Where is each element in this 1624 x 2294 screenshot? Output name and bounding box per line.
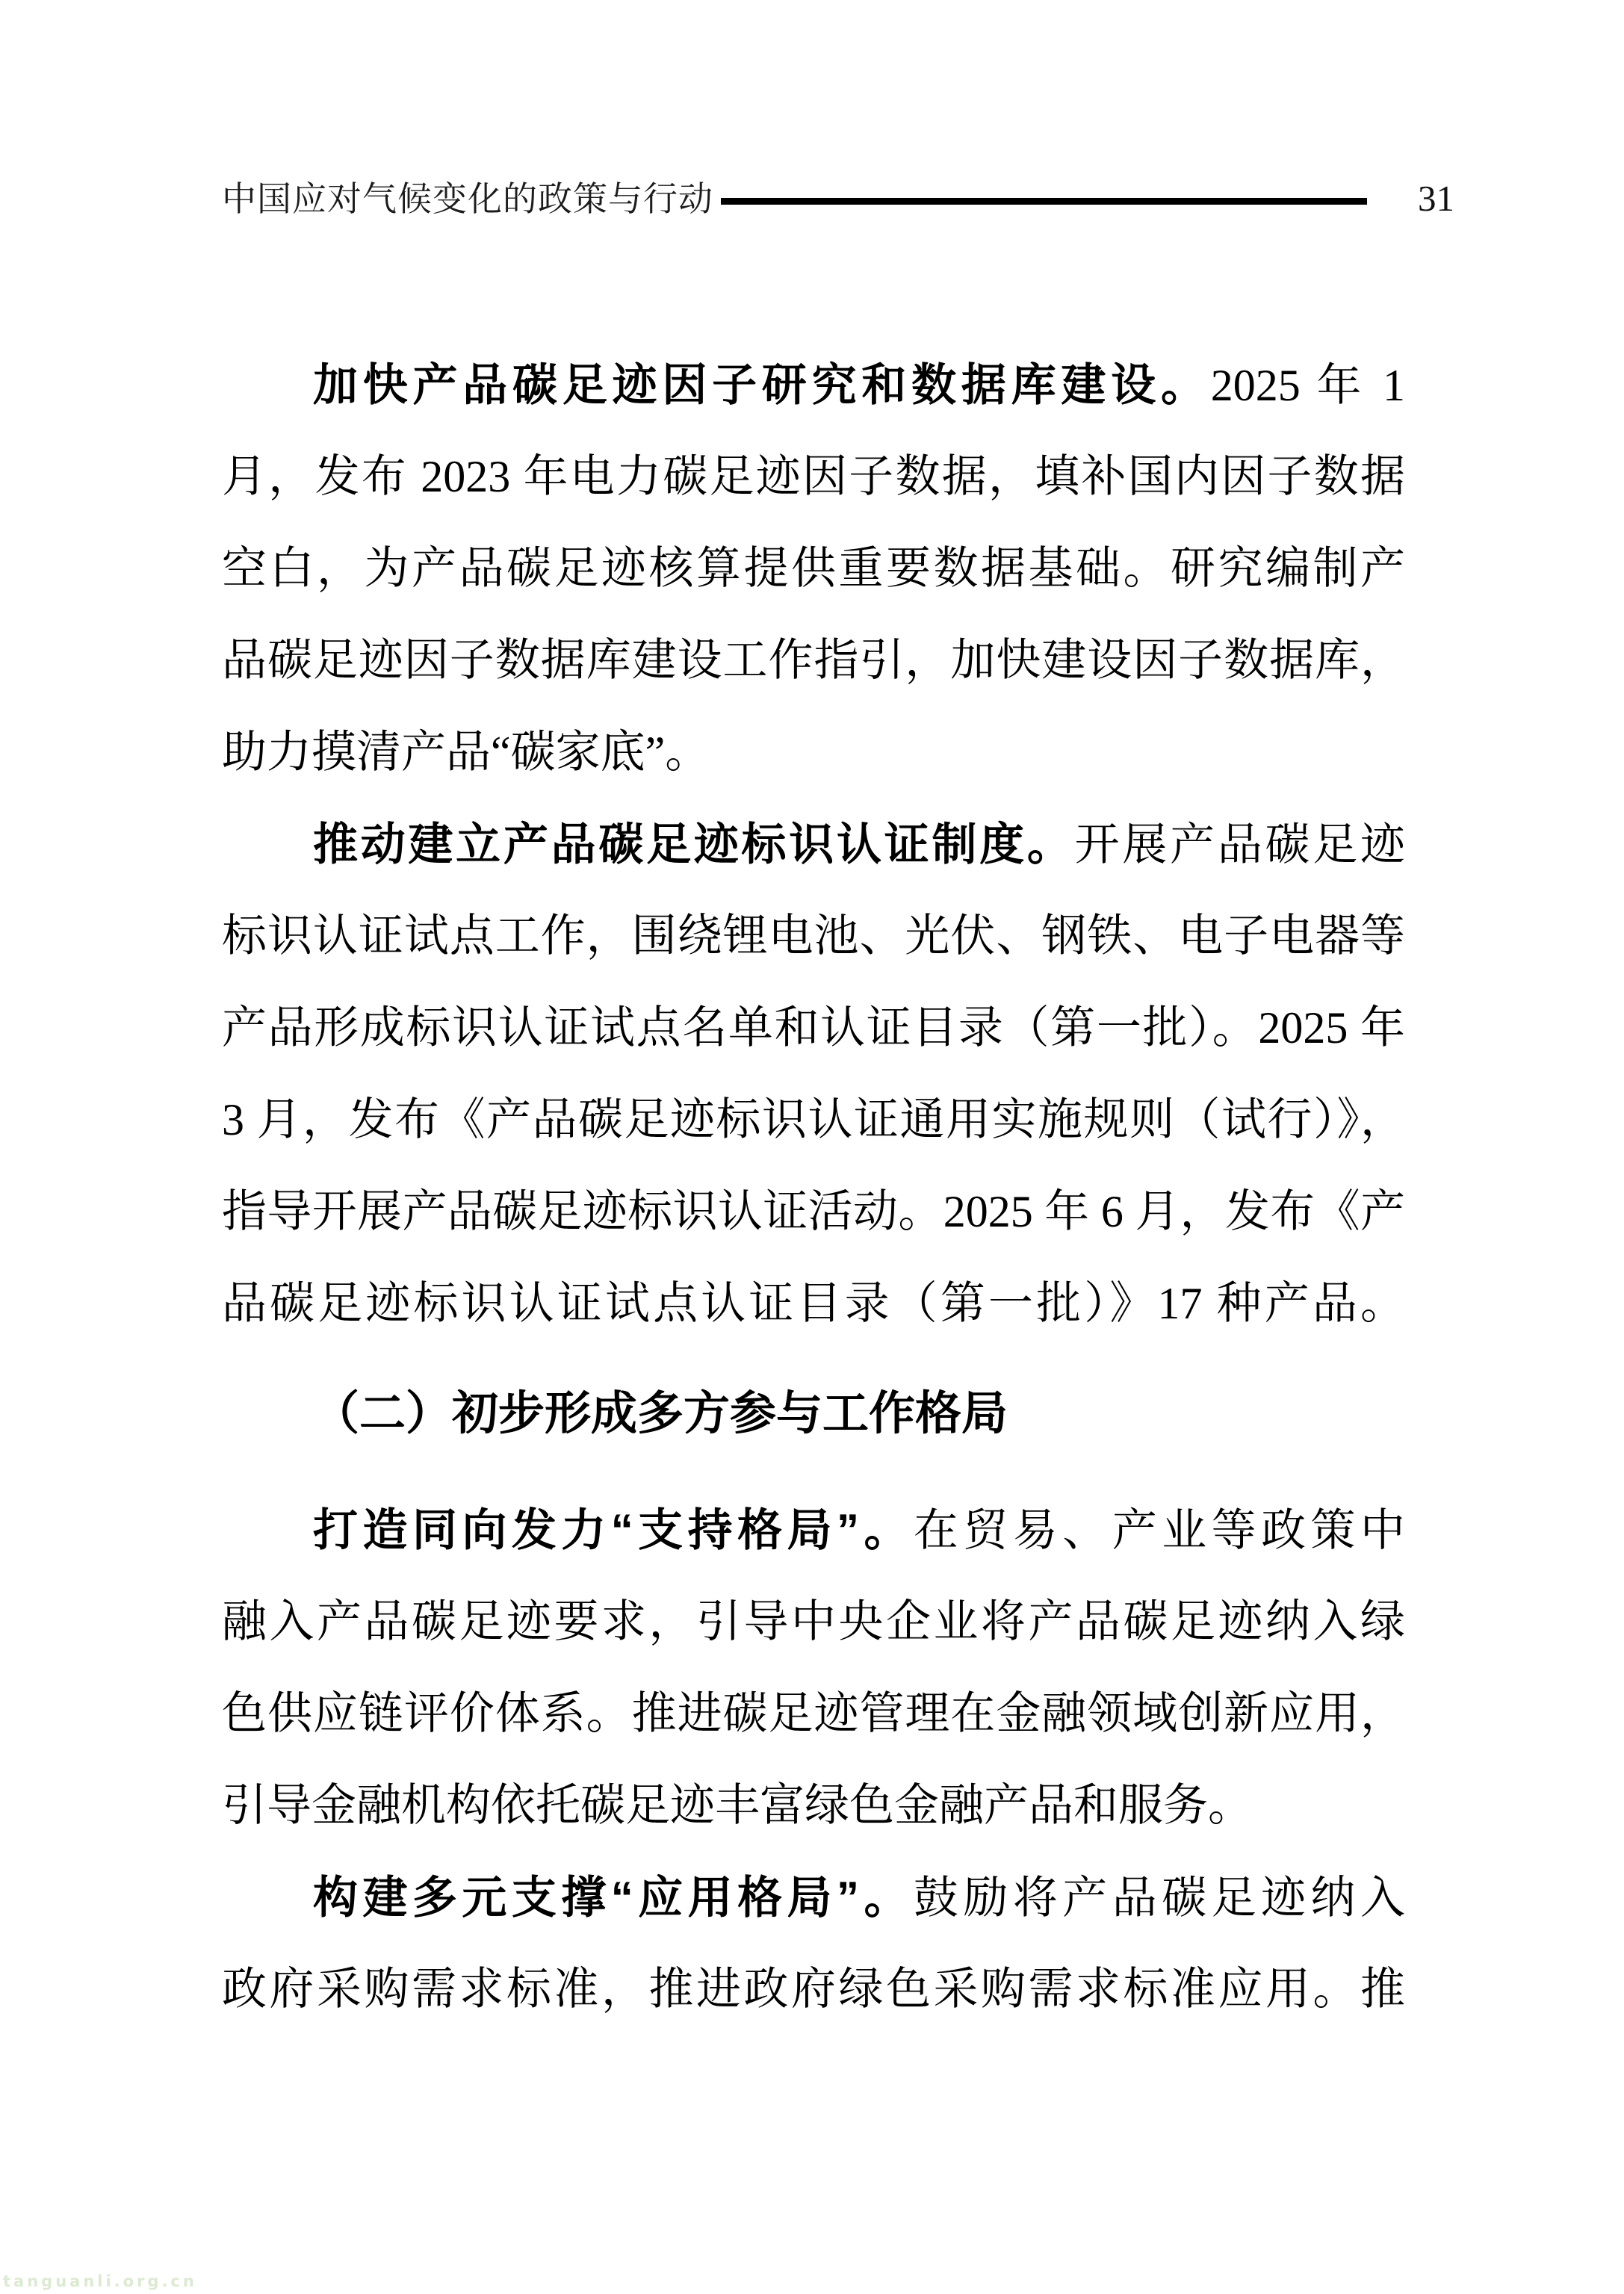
text-line: 空白，为产品碳足迹核算提供重要数据基础。研究编制产 xyxy=(222,523,1405,615)
text-line: 推动建立产品碳足迹标识认证制度。开展产品碳足迹 xyxy=(222,799,1405,890)
text-segment: 引导金融机构依托碳足迹丰富绿色金融产品和服务。 xyxy=(222,1781,1253,1830)
text-segment: 产品形成标识认证试点名单和认证目录（第一批）。2025 年 xyxy=(222,1003,1405,1053)
text-line: 政府采购需求标准，推进政府绿色采购需求标准应用。推 xyxy=(222,1944,1405,2036)
text-line: 打造同向发力“支持格局”。在贸易、产业等政策中 xyxy=(222,1484,1405,1576)
running-head-title: 中国应对气候变化的政策与行动 xyxy=(222,179,713,218)
text-line: 品碳足迹因子数据库建设工作指引，加快建设因子数据库， xyxy=(222,615,1405,707)
text-segment: 色供应链评价体系。推进碳足迹管理在金融领域创新应用， xyxy=(222,1689,1405,1738)
text-line: 加快产品碳足迹因子研究和数据库建设。2025 年 1 xyxy=(222,339,1405,431)
bold-lead-segment: 构建多元支撑“应用格局”。 xyxy=(313,1873,914,1923)
text-line: 3 月，发布《产品碳足迹标识认证通用实施规则（试行）》， xyxy=(222,1074,1405,1166)
text-line: 助力摸清产品“碳家底”。 xyxy=(222,707,1405,799)
text-line: 融入产品碳足迹要求，引导中央企业将产品碳足迹纳入绿 xyxy=(222,1576,1405,1668)
text-segment: 品碳足迹标识认证试点认证目录（第一批）》17 种产品。 xyxy=(222,1279,1405,1328)
text-segment: 3 月，发布《产品碳足迹标识认证通用实施规则（试行）》， xyxy=(222,1095,1405,1144)
text-segment: 空白，为产品碳足迹核算提供重要数据基础。研究编制产 xyxy=(222,544,1405,593)
bold-lead-segment: 推动建立产品碳足迹标识认证制度。 xyxy=(313,819,1075,869)
page-number: 31 xyxy=(1418,178,1454,220)
text-line: 指导开展产品碳足迹标识认证活动。2025 年 6 月，发布《产 xyxy=(222,1166,1405,1258)
section-heading: （二）初步形成多方参与工作格局 xyxy=(222,1368,1405,1460)
header-rule-line xyxy=(721,198,1367,205)
text-segment: 在贸易、产业等政策中 xyxy=(914,1506,1405,1555)
text-line: 产品形成标识认证试点名单和认证目录（第一批）。2025 年 xyxy=(222,982,1405,1074)
page-header: 中国应对气候变化的政策与行动 31 xyxy=(0,0,1624,239)
text-line: 色供应链评价体系。推进碳足迹管理在金融领域创新应用， xyxy=(222,1668,1405,1760)
text-line: 引导金融机构依托碳足迹丰富绿色金融产品和服务。 xyxy=(222,1760,1405,1852)
text-segment: 鼓励将产品碳足迹纳入 xyxy=(914,1873,1405,1923)
text-line: 构建多元支撑“应用格局”。鼓励将产品碳足迹纳入 xyxy=(222,1852,1405,1944)
document-body: 加快产品碳足迹因子研究和数据库建设。2025 年 1月，发布 2023 年电力碳… xyxy=(222,339,1405,2036)
text-segment: 2025 年 1 xyxy=(1211,361,1405,410)
text-segment: 政府采购需求标准，推进政府绿色采购需求标准应用。推 xyxy=(222,1965,1405,2014)
text-line: 月，发布 2023 年电力碳足迹因子数据，填补国内因子数据 xyxy=(222,431,1405,523)
text-line: 标识认证试点工作，围绕锂电池、光伏、钢铁、电子电器等 xyxy=(222,890,1405,982)
bold-lead-segment: （二）初步形成多方参与工作格局 xyxy=(313,1388,1008,1439)
watermark-text: tanguanli.org.cn xyxy=(3,2272,197,2290)
text-segment: 标识认证试点工作，围绕锂电池、光伏、钢铁、电子电器等 xyxy=(222,911,1405,961)
text-segment: 助力摸清产品“碳家底”。 xyxy=(222,728,710,777)
text-segment: 融入产品碳足迹要求，引导中央企业将产品碳足迹纳入绿 xyxy=(222,1597,1405,1646)
text-segment: 开展产品碳足迹 xyxy=(1075,820,1405,869)
bold-lead-segment: 加快产品碳足迹因子研究和数据库建设。 xyxy=(313,360,1211,410)
text-segment: 指导开展产品碳足迹标识认证活动。2025 年 6 月，发布《产 xyxy=(222,1187,1405,1236)
bold-lead-segment: 打造同向发力“支持格局”。 xyxy=(313,1505,914,1555)
text-segment: 月，发布 2023 年电力碳足迹因子数据，填补国内因子数据 xyxy=(222,452,1405,501)
text-line: 品碳足迹标识认证试点认证目录（第一批）》17 种产品。 xyxy=(222,1258,1405,1350)
text-segment: 品碳足迹因子数据库建设工作指引，加快建设因子数据库， xyxy=(222,636,1405,685)
